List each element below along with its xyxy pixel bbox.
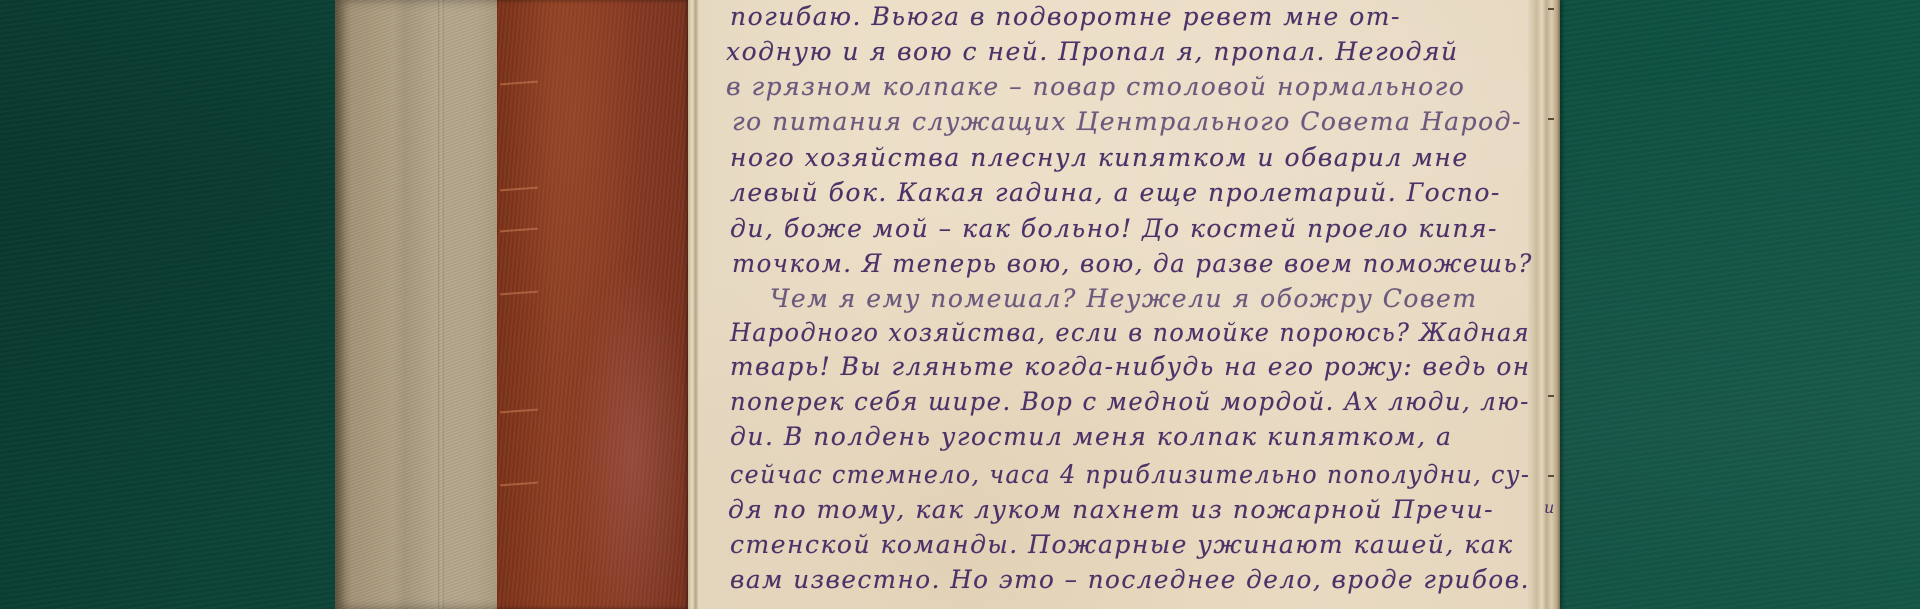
manuscript-line: левый бок. Какая гадина, а еще пролетари… xyxy=(730,178,1501,207)
margin-mark: и xyxy=(1544,498,1554,517)
edge-mark xyxy=(1548,8,1554,10)
manuscript-line: вам известно. Но это – последнее дело, в… xyxy=(730,565,1530,594)
edge-mark xyxy=(1548,395,1554,397)
manuscript-line: погибаю. Вьюга в подворотне ревет мне от… xyxy=(730,2,1401,31)
page-edges-right xyxy=(1530,0,1560,609)
leather-cover xyxy=(497,0,690,609)
manuscript-line: тварь! Вы гляньте когда-нибудь на его ро… xyxy=(730,352,1531,381)
cloth-spine xyxy=(335,0,501,609)
manuscript-line: сейчас стемнело, часа 4 приблизительно п… xyxy=(730,460,1530,489)
manuscript-line: Чем я ему помешал? Неужели я обожру Сове… xyxy=(770,284,1478,313)
edge-mark xyxy=(1548,118,1554,120)
edge-mark xyxy=(1548,475,1554,477)
manuscript-line: ди, боже мой – как больно! До костей про… xyxy=(730,214,1498,243)
manuscript-line: дя по тому, как луком пахнет из пожарной… xyxy=(728,495,1494,524)
manuscript-line: стенской команды. Пожарные ужинают кашей… xyxy=(730,530,1514,559)
manuscript-line: точком. Я теперь вою, вою, да разве воем… xyxy=(732,249,1533,278)
manuscript-line: Народного хозяйства, если в помойке поро… xyxy=(730,318,1530,347)
manuscript-line: ного хозяйства плеснул кипятком и обвари… xyxy=(730,143,1469,172)
manuscript-line: поперек себя шире. Вор с медной мордой. … xyxy=(730,387,1530,416)
cloth-spine-fold xyxy=(438,0,444,609)
manuscript-line: го питания служащих Центрального Совета … xyxy=(732,107,1522,136)
manuscript-line: ди. В полдень угостил меня колпак кипятк… xyxy=(730,422,1452,451)
manuscript-line: в грязном колпаке – повар столовой норма… xyxy=(726,72,1465,101)
manuscript-line: ходную и я вою с ней. Пропал я, пропал. … xyxy=(726,37,1459,66)
